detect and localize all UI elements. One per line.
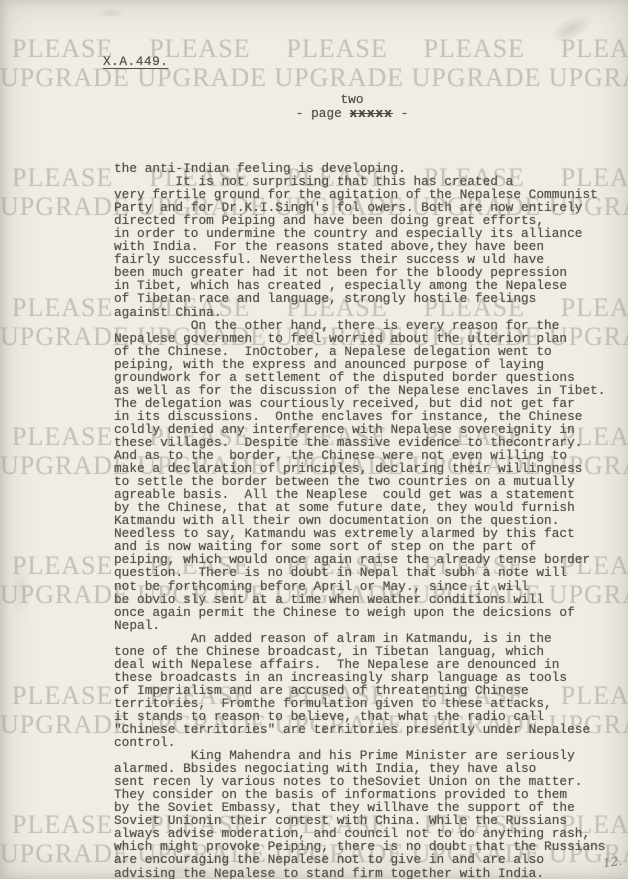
typewritten-body-text: the anti-Indian feeling is developing. I…: [114, 162, 619, 879]
struck-out-page-number: xxxxx: [350, 106, 393, 121]
paper-smudge: [96, 8, 126, 18]
page-heading: two - page xxxxx -: [276, 93, 428, 121]
watermark-word-upgrade: UPGRADE: [549, 65, 628, 91]
scanned-document-page: PLEASEUPGRADEPLEASEUPGRADEPLEASEUPGRADEP…: [0, 0, 628, 879]
reference-number: X.A.449.: [103, 54, 168, 69]
paper-smudge: [10, 560, 32, 620]
watermark-tile: PLEASEUPGRADE: [412, 36, 549, 96]
watermark-word-upgrade: UPGRADE: [412, 65, 549, 91]
paper-smudge: [546, 9, 597, 48]
page-line-prefix: - page: [296, 106, 350, 121]
watermark-word-upgrade: UPGRADE: [274, 65, 411, 91]
page-heading-line: - page xxxxx -: [276, 107, 428, 121]
watermark-word-please: PLEASE: [424, 36, 549, 62]
watermark-tile: PLEASEUPGRADE: [549, 36, 628, 96]
watermark-word-please: PLEASE: [561, 36, 628, 62]
watermark-tile: PLEASEUPGRADE: [274, 36, 411, 96]
page-line-suffix: -: [393, 106, 408, 121]
page-heading-word: two: [276, 93, 428, 107]
handwritten-page-number: 12.: [602, 854, 623, 871]
watermark-word-please: PLEASE: [286, 36, 411, 62]
